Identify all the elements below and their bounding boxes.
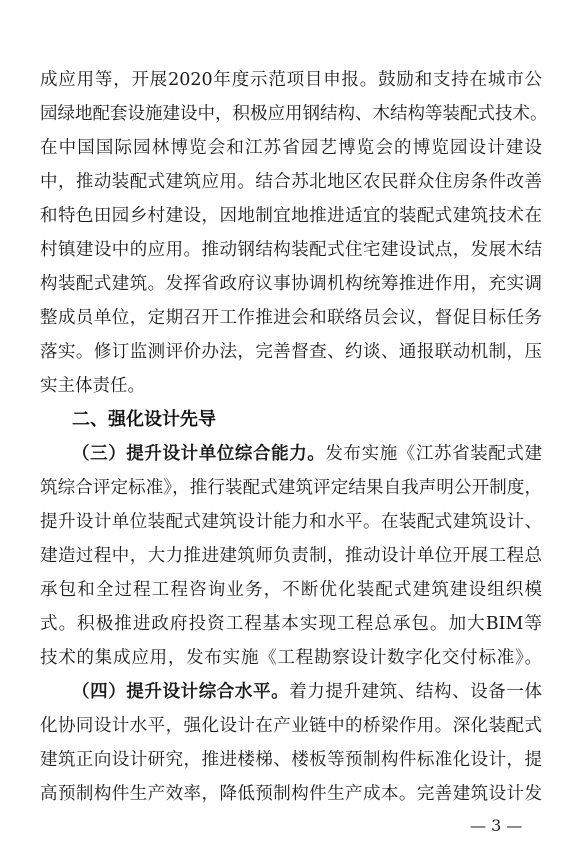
body-text-line: 提升设计单位装配式建筑设计能力和水平。在装配式建筑设计、 [40,509,542,535]
body-text: 着力提升建筑、结构、设备一体 [289,682,542,702]
body-text-line: 高预制构件生产效率，降低预制构件生产成本。完善建筑设计发 [40,781,542,807]
page-number: — 3 — [470,815,522,837]
body-text-line: 建造过程中，大力推进建筑师负责制，推动设计单位开展工程总 [40,543,542,569]
body-text-line: 落实。修订监测评价办法，完善督查、约谈、通报联动机制，压 [40,339,542,365]
body-text-line: 和特色田园乡村建设，因地制宜地推进适宜的装配式建筑技术在 [40,203,542,229]
body-text-line: 化协同设计水平，强化设计在产业链中的桥梁作用。深化装配式 [40,713,542,739]
body-text-line: 整成员单位，定期召开工作推进会和联络员会议，督促目标任务 [40,305,542,331]
subsection-first-line: （三）提升设计单位综合能力。发布实施《江苏省装配式建 [72,441,542,467]
body-text: 发布实施《江苏省装配式建 [325,444,542,464]
subsection-title: （三）提升设计单位综合能力。 [72,444,325,464]
body-text-line: 成应用等，开展2020年度示范项目申报。鼓励和支持在城市公 [40,67,542,93]
body-text-line: 构装配式建筑。发挥省政府议事协调机构统筹推进作用，充实调 [40,271,542,297]
body-text-line: 村镇建设中的应用。推动钢结构装配式住宅建设试点，发展木结 [40,237,542,263]
body-text-line: 承包和全过程工程咨询业务，不断优化装配式建筑建设组织模 [40,577,542,603]
body-text-line: 园绿地配套设施建设中，积极应用钢结构、木结构等装配式技术。 [40,101,542,127]
body-text-line: 中，推动装配式建筑应用。结合苏北地区农民群众住房条件改善 [40,169,542,195]
body-text-line: 技术的集成应用，发布实施《工程勘察设计数字化交付标准》。 [40,645,542,671]
body-text-line: 实主体责任。 [40,373,542,399]
body-text-line: 在中国国际园林博览会和江苏省园艺博览会的博览园设计建设 [40,135,542,161]
subsection-first-line: （四）提升设计综合水平。着力提升建筑、结构、设备一体 [72,679,542,705]
body-text-line: 建筑正向设计研究，推进楼梯、楼板等预制构件标准化设计，提 [40,747,542,773]
body-text-line: 筑综合评定标准》，推行装配式建筑评定结果自我声明公开制度， [40,475,542,501]
body-text-line: 式。积极推进政府投资工程基本实现工程总承包。加大BIM等 [40,611,542,637]
subsection-title: （四）提升设计综合水平。 [72,682,289,702]
section-heading: 二、强化设计先导 [72,407,216,433]
